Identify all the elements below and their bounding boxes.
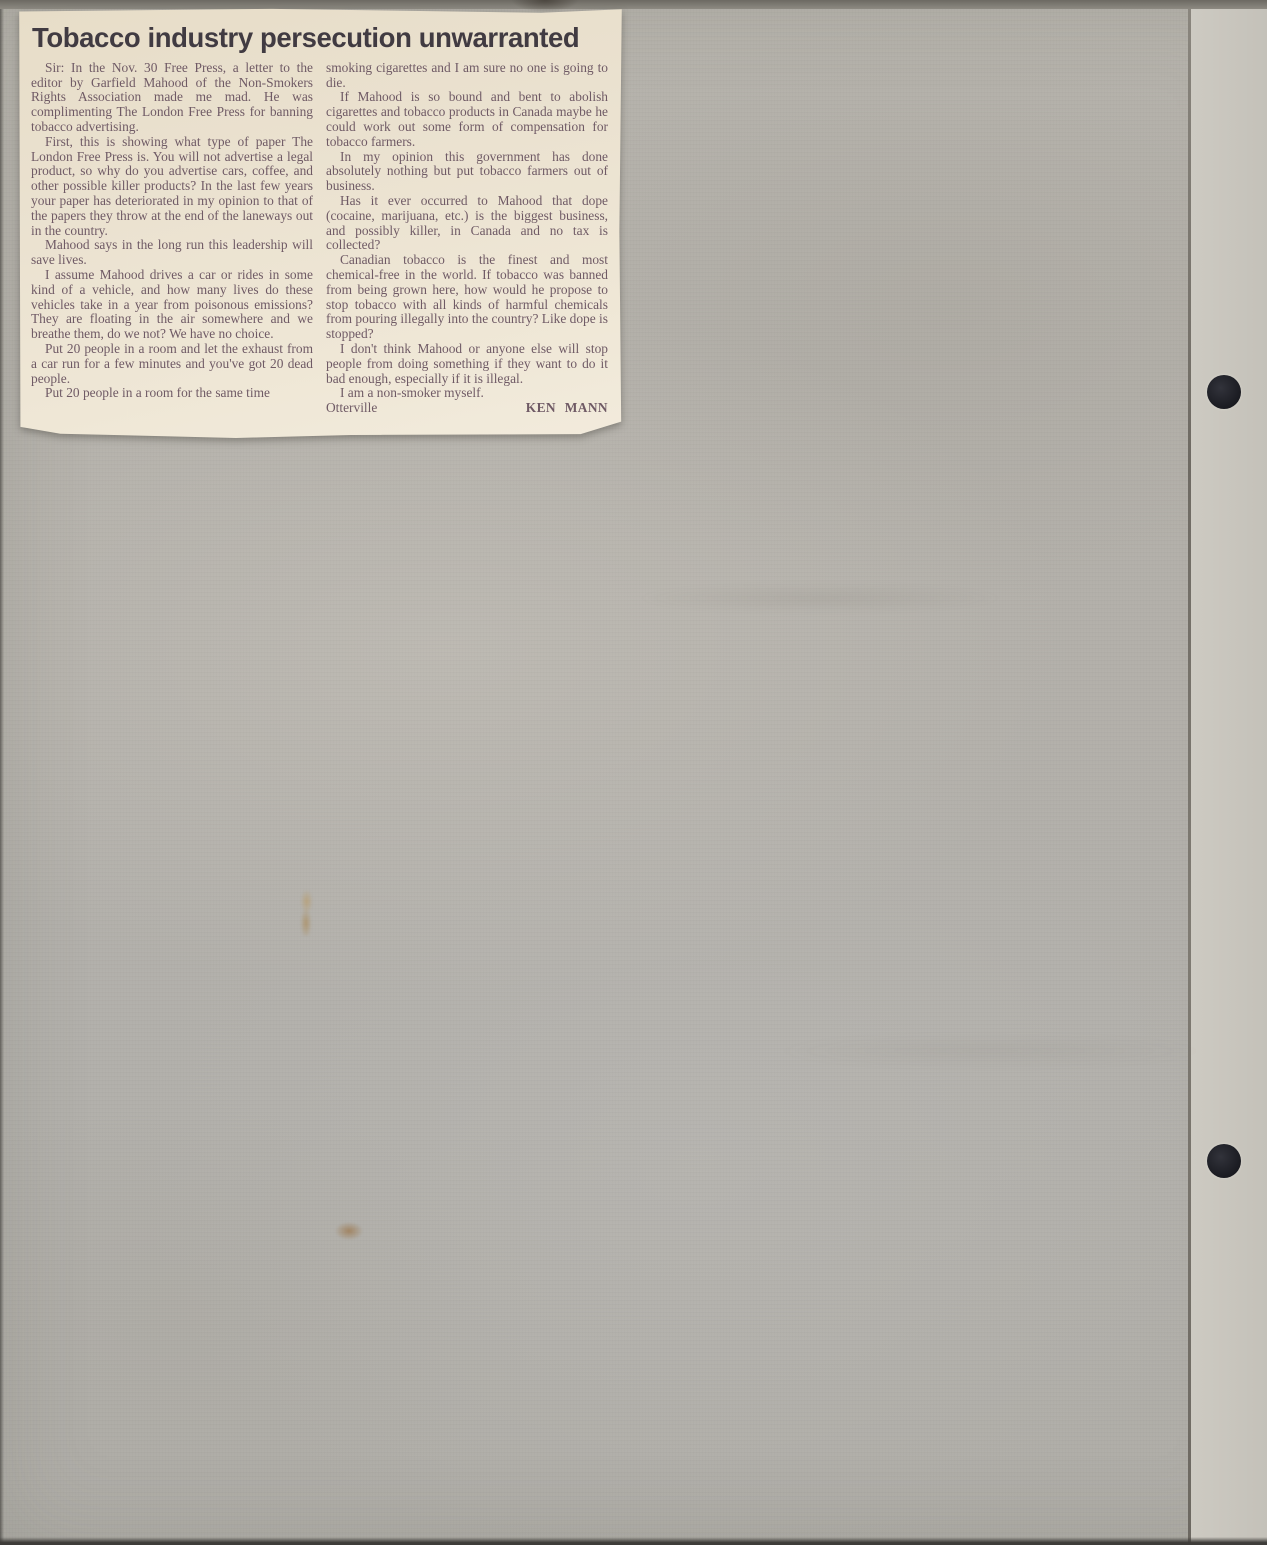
clipping-column-2: smoking cigarettes and I am sure no one … [326,61,608,416]
show-through-smudge [640,584,1000,612]
stain-mark [335,1222,363,1240]
clipping-paragraph: If Mahood is so bound and bent to abolis… [326,90,608,149]
clipping-column-1: Sir: In the Nov. 30 Free Press, a letter… [31,61,313,416]
clipping-paragraph: Put 20 people in a room for the same tim… [31,386,313,401]
clipping-paragraph: First, this is showing what type of pape… [31,135,313,239]
hole-punch-bottom [1207,1144,1241,1178]
clipping-paragraph: Has it ever occurred to Mahood that dope… [326,194,608,253]
hole-punch-top [1207,375,1241,409]
binder-strip [1191,0,1267,1545]
clipping-paragraph: I assume Mahood drives a car or rides in… [31,268,313,342]
clipping-columns: Sir: In the Nov. 30 Free Press, a letter… [31,61,608,416]
signoff-author: KEN MANN [526,401,608,416]
photo-left-edge [0,0,4,1545]
show-through-smudge [780,1035,1200,1067]
signoff-location: Otterville [326,401,377,416]
stain-mark [299,890,313,936]
clipping-paper: Tobacco industry persecution unwarranted… [18,8,623,438]
scrapbook-photo: { "album": { "page_color": "#b4b1ab", "b… [0,0,1267,1545]
clipping-paragraph: In my opinion this government has done a… [326,150,608,194]
clipping-paragraph: I am a non-smoker myself. [326,386,608,401]
photo-bottom-edge [0,1537,1267,1545]
newspaper-clipping: Tobacco industry persecution unwarranted… [18,8,623,438]
clipping-headline: Tobacco industry persecution unwarranted [32,24,608,53]
clipping-paragraph: Canadian tobacco is the finest and most … [326,253,608,342]
clipping-signoff: Otterville KEN MANN [326,401,608,416]
page-edge-line [1188,0,1191,1545]
clipping-paragraph: I don't think Mahood or anyone else will… [326,342,608,386]
clipping-paragraph: smoking cigarettes and I am sure no one … [326,61,608,91]
clipping-paragraph: Mahood says in the long run this leaders… [31,238,313,268]
clipping-paragraph: Sir: In the Nov. 30 Free Press, a letter… [31,61,313,135]
clipping-paragraph: Put 20 people in a room and let the exha… [31,342,313,386]
